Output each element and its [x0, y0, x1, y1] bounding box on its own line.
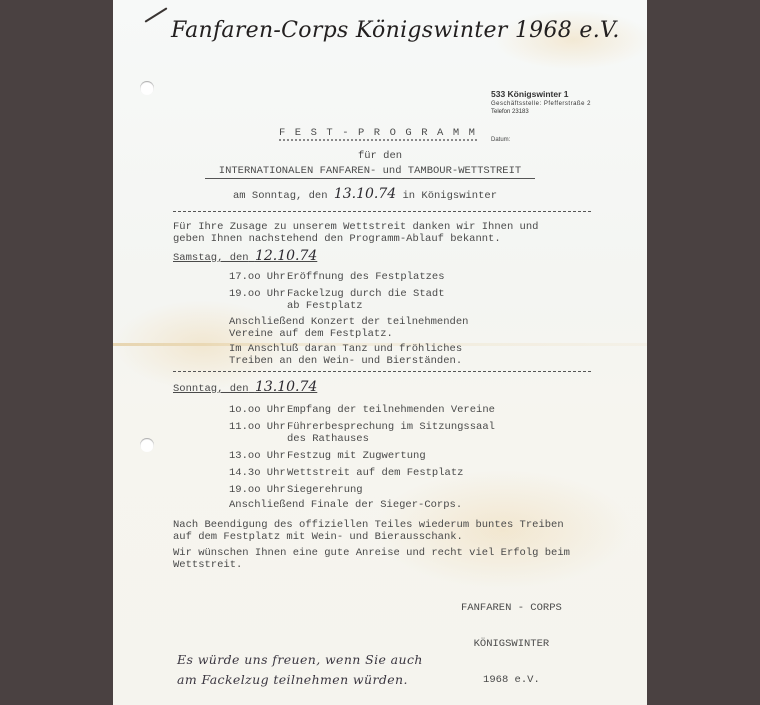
schedule-item: 14.3o Uhr Wettstreit auf dem Festplatz [229, 467, 495, 479]
schedule-text: des Rathauses [287, 433, 495, 445]
day-label: Sonntag, den [173, 383, 249, 395]
schedule-saturday: 17.oo Uhr Eröffnung des Festplatzes 19.o… [229, 271, 445, 317]
closing-line: Wettstreit. [173, 559, 242, 571]
schedule-time: 1o.oo Uhr [229, 404, 287, 416]
handwritten-line: Es würde uns freuen, wenn Sie auch [177, 650, 423, 670]
note-line: Treiben an den Wein- und Bierständen. [229, 355, 462, 367]
schedule-time: 13.oo Uhr [229, 450, 287, 462]
signature-line: FANFAREN - CORPS [461, 602, 562, 614]
schedule-time: 11.oo Uhr [229, 421, 287, 445]
schedule-item: 13.oo Uhr Festzug mit Zugwertung [229, 450, 495, 462]
event-location: in Königswinter [402, 190, 497, 202]
note-line: Vereine auf dem Festplatz. [229, 328, 393, 340]
signature-line: 1968 e.V. [461, 674, 562, 686]
closing-line: auf dem Festplatz mit Wein- und Bierauss… [173, 531, 463, 543]
schedule-text: Festzug mit Zugwertung [287, 450, 426, 462]
intro-line: Für Ihre Zusage zu unserem Wettstreit da… [173, 221, 538, 233]
note-line: Im Anschluß daran Tanz und fröhliches [229, 343, 462, 355]
event-date-line: am Sonntag, den 13.10.74 in Königswinter [233, 188, 497, 202]
day-date-handwritten: 13.10.74 [255, 379, 317, 395]
day-heading-saturday: Samstag, den 12.10.74 [173, 250, 317, 264]
schedule-item: 17.oo Uhr Eröffnung des Festplatzes [229, 271, 445, 283]
event-date-handwritten: 13.10.74 [334, 186, 396, 202]
address-office: Geschäftsstelle: Pfefferstraße 2 [491, 101, 591, 107]
handwritten-line: am Fackelzug teilnehmen würden. [177, 670, 423, 690]
schedule-text: Siegerehrung [287, 484, 363, 496]
handwritten-note: Es würde uns freuen, wenn Sie auch am Fa… [177, 650, 423, 690]
day-label: Samstag, den [173, 252, 249, 264]
intro-line: geben Ihnen nachstehend den Programm-Abl… [173, 233, 501, 245]
schedule-time: 19.oo Uhr [229, 288, 287, 312]
schedule-text: Fackelzug durch die Stadt [287, 288, 445, 300]
signature-line: KÖNIGSWINTER [461, 638, 562, 650]
schedule-item: 1o.oo Uhr Empfang der teilnehmenden Vere… [229, 404, 495, 416]
schedule-item: 11.oo Uhr Führerbesprechung im Sitzungss… [229, 421, 495, 445]
divider [173, 211, 591, 212]
letterhead-title: Fanfaren-Corps Königswinter 1968 e.V. [171, 18, 620, 43]
schedule-time: 19.oo Uhr [229, 484, 287, 496]
schedule-text: ab Festplatz [287, 300, 445, 312]
schedule-text: Eröffnung des Festplatzes [287, 271, 445, 283]
divider [173, 371, 591, 372]
day-heading-sunday: Sonntag, den 13.10.74 [173, 381, 317, 395]
closing-line: Wir wünschen Ihnen eine gute Anreise und… [173, 547, 570, 559]
address-city: 533 Königswinter 1 [491, 89, 591, 99]
schedule-time: 17.oo Uhr [229, 271, 287, 283]
punch-hole [140, 81, 154, 95]
punch-hole [140, 438, 154, 452]
address-phone: Telefon 23183 [491, 109, 591, 115]
letterhead-address: 533 Königswinter 1 Geschäftsstelle: Pfef… [491, 89, 591, 115]
document-title: F E S T - P R O G R A M M [279, 127, 477, 141]
schedule-time: 14.3o Uhr [229, 467, 287, 479]
note-line: Anschließend Finale der Sieger-Corps. [229, 499, 462, 511]
signature-block: FANFAREN - CORPS KÖNIGSWINTER 1968 e.V. [461, 578, 562, 705]
schedule-text: Empfang der teilnehmenden Vereine [287, 404, 495, 416]
schedule-text: Wettstreit auf dem Festplatz [287, 467, 463, 479]
event-date-prefix: am Sonntag, den [233, 190, 328, 202]
pen-mark [144, 7, 167, 22]
date-label: Datum: [491, 137, 510, 143]
event-name: INTERNATIONALEN FANFAREN- und TAMBOUR-WE… [205, 165, 535, 179]
note-line: Anschließend Konzert der teilnehmenden [229, 316, 468, 328]
schedule-text: Führerbesprechung im Sitzungssaal [287, 421, 495, 433]
schedule-item: 19.oo Uhr Fackelzug durch die Stadt ab F… [229, 288, 445, 312]
for-line: für den [113, 150, 647, 162]
schedule-sunday: 1o.oo Uhr Empfang der teilnehmenden Vere… [229, 404, 495, 501]
schedule-item: 19.oo Uhr Siegerehrung [229, 484, 495, 496]
closing-line: Nach Beendigung des offiziellen Teiles w… [173, 519, 564, 531]
day-date-handwritten: 12.10.74 [255, 248, 317, 264]
letter-page: Fanfaren-Corps Königswinter 1968 e.V. 53… [113, 0, 647, 705]
